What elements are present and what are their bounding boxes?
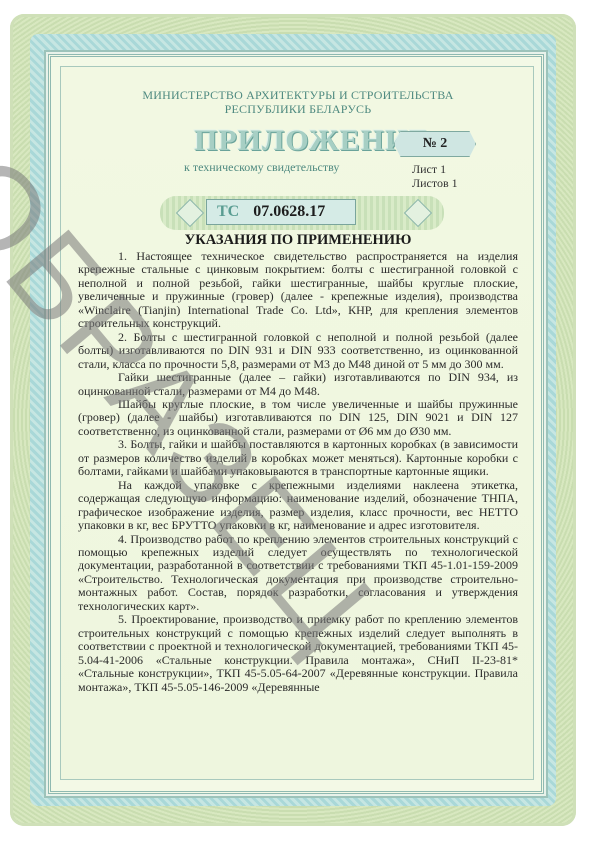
certificate-prefix: ТС (217, 203, 239, 221)
sheets-total: Листов 1 (412, 176, 458, 190)
paragraph-2-washers: Шайбы круглые плоские, в том числе увели… (78, 398, 518, 438)
section-heading: УКАЗАНИЯ ПО ПРИМЕНЕНИЮ (0, 232, 596, 249)
ministry-line-2: РЕСПУБЛИКИ БЕЛАРУСЬ (0, 102, 596, 116)
paragraph-2: 2. Болты с шестигранной головкой с непол… (78, 331, 518, 371)
paragraph-1: 1. Настоящее техническое свидетельство р… (78, 250, 518, 331)
paragraph-4: 4. Производство работ по креплению элеме… (78, 533, 518, 614)
paragraph-5: 5. Проектирование, производство и приемк… (78, 613, 518, 694)
document-title: ПРИЛОЖЕНИЕ (194, 124, 430, 158)
certificate-number: 07.0628.17 (253, 203, 325, 221)
sheet-number: Лист 1 (412, 162, 458, 176)
appendix-number-badge: № 2 (394, 131, 476, 157)
ministry-line-1: МИНИСТЕРСТВО АРХИТЕКТУРЫ И СТРОИТЕЛЬСТВА (0, 88, 596, 102)
certificate-number-box: ТС 07.0628.17 (206, 199, 356, 225)
document-body: 1. Настоящее техническое свидетельство р… (78, 250, 518, 694)
paragraph-3-label: На каждой упаковке с крепежными изделиям… (78, 479, 518, 533)
paragraph-2-nuts: Гайки шестигранные (далее – гайки) изгот… (78, 371, 518, 398)
ministry-name: МИНИСТЕРСТВО АРХИТЕКТУРЫ И СТРОИТЕЛЬСТВА… (0, 88, 596, 116)
document-subtitle: к техническому свидетельству (184, 160, 339, 175)
paragraph-3: 3. Болты, гайки и шайбы поставляются в к… (78, 438, 518, 478)
sheet-info: Лист 1 Листов 1 (412, 162, 458, 190)
